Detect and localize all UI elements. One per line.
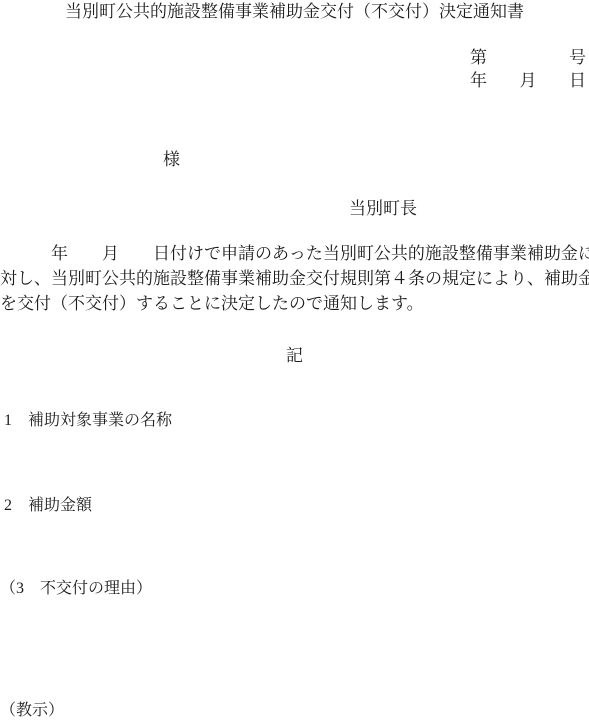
addressee-honorific: 様	[163, 151, 180, 168]
document-page: 当別町公共的施設整備事業補助金交付（不交付）決定通知書 第 号 年 月 日 様 …	[0, 0, 589, 724]
body-line-1: 年 月 日付けで申請のあった当別町公共的施設整備事業補助金に	[0, 241, 589, 266]
list-item-subsidy-amount: 2 補助金額	[4, 498, 92, 514]
body-paragraph: 年 月 日付けで申請のあった当別町公共的施設整備事業補助金に 対し、当別町公共的…	[0, 241, 589, 316]
doc-number-prefix: 第	[470, 49, 487, 66]
date-month-label: 月	[520, 72, 537, 89]
doc-number-suffix: 号	[569, 49, 586, 66]
date-line: 年 月 日	[470, 72, 586, 89]
footer-note-kyouji: （教示）	[0, 703, 64, 719]
record-marker: 記	[0, 347, 589, 364]
date-year-label: 年	[470, 72, 487, 89]
document-title: 当別町公共的施設整備事業補助金交付（不交付）決定通知書	[0, 3, 589, 20]
sender-title: 当別町長	[349, 200, 417, 217]
body-line-3: を交付（不交付）することに決定したので通知します。	[0, 291, 589, 316]
body-line-2: 対し、当別町公共的施設整備事業補助金交付規則第４条の規定により、補助金	[0, 266, 589, 291]
date-day-label: 日	[569, 72, 586, 89]
doc-number-line: 第 号	[470, 49, 586, 66]
list-item-subsidy-project-name: 1 補助対象事業の名称	[4, 413, 172, 429]
list-item-nongrant-reason: （3 不交付の理由）	[0, 581, 152, 597]
number-date-block: 第 号 年 月 日	[470, 49, 586, 89]
